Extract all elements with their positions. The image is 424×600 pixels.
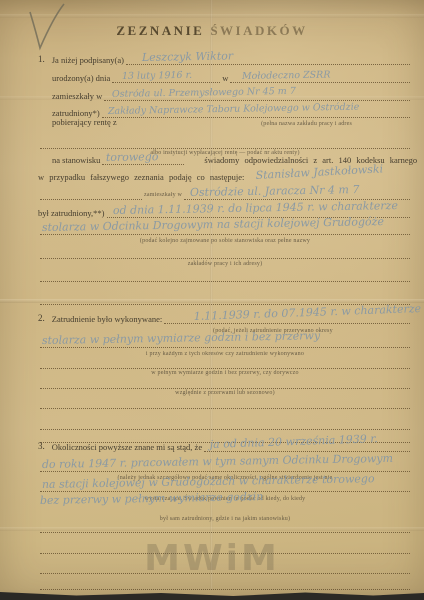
printed-label: na stanowisku	[52, 156, 100, 166]
printed-footnote: względnie z przerwami lub sezonowo)	[175, 390, 275, 396]
handwritten-entry: Ostróda ul. Przemysłowego Nr 45 m 7	[112, 86, 296, 100]
handwritten-entry: Ostródzie ul. Jaracza Nr 4 m 7	[190, 183, 360, 199]
printed-oath-text: w przypadku fałszywego zeznania podaję c…	[38, 173, 244, 183]
form-line-empty	[38, 397, 412, 409]
dotted-line: 13 luty 1916 r.	[112, 82, 220, 83]
dotted-line: Leszczyk Wiktor	[126, 64, 410, 65]
printed-label: pobierający rentę z	[52, 118, 117, 128]
dotted-line	[40, 589, 410, 590]
handwritten-entry: Leszczyk Wiktor	[142, 49, 233, 64]
handwritten-entry: 13 luty 1916 r.	[122, 70, 192, 82]
form-line-empty	[38, 578, 412, 590]
form-line-empty	[38, 521, 412, 533]
dotted-line: Ostróda ul. Przemysłowego Nr 45 m 7	[104, 100, 410, 101]
item-number: 3.	[38, 441, 45, 452]
form-line-empty	[38, 293, 412, 305]
footnote-row: zakładów pracy i ich adresy)	[38, 252, 412, 270]
form-line-signed: 1. Ja niżej podpisany(a) Leszczyk Wiktor	[38, 53, 412, 65]
printed-label: urodzony(a) dnia	[52, 74, 110, 84]
dotted-line	[40, 199, 142, 200]
printed-footnote: w pełnym wymiarze godzin i bez przerwy, …	[151, 370, 298, 376]
dotted-line	[40, 429, 410, 430]
dotted-line	[40, 532, 410, 533]
printed-label: Ja niżej podpisany(a)	[52, 56, 124, 66]
printed-footnote: (pełna nazwa zakładu pracy i adres	[261, 121, 352, 127]
dotted-line	[40, 281, 410, 282]
printed-label: zamieszkały w	[52, 92, 102, 102]
printed-label: Okoliczności powyższe znane mi są stąd, …	[52, 443, 202, 453]
form-line-born: urodzony(a) dnia 13 luty 1916 r. w Mołod…	[38, 71, 412, 83]
item-number: 1.	[38, 54, 45, 65]
form-line-resident: zamieszkały w Ostróda ul. Przemysłowego …	[38, 89, 412, 101]
scanned-document: { "page": { "title_part1": "ZEZNANIE", "…	[0, 0, 424, 600]
pencil-checkmark-icon	[24, 2, 68, 54]
form-line-pension: pobierający rentę z (pełna nazwa zakładu…	[38, 117, 412, 127]
title-word-1: ZEZNANIE	[116, 23, 204, 38]
printed-label: w	[222, 74, 228, 84]
form-line-empty	[38, 418, 412, 430]
handwritten-entry: torowego	[106, 150, 159, 164]
dotted-line: torowego	[102, 164, 184, 165]
printed-label: był zatrudniony,**)	[38, 209, 105, 219]
printed-oath-text: świadomy odpowiedzialności z art. 140 ko…	[204, 156, 417, 166]
printed-footnote: (podać kolejno zajmowane po sobie stanow…	[140, 238, 310, 244]
dotted-line	[40, 408, 410, 409]
handwritten-entry: Mołodeczno ZSRR	[242, 69, 331, 82]
form-line-oath: w przypadku fałszywego zeznania podaję c…	[38, 170, 412, 182]
form-line-item3: 3. Okoliczności powyższe znane mi są stą…	[38, 440, 412, 452]
title-word-2: ŚWIADKÓW	[210, 23, 307, 38]
museum-watermark: MWiM	[0, 538, 424, 579]
form-line-subject-resident: zamieszkały w Ostródzie ul. Jaracza Nr 4…	[38, 188, 412, 200]
dotted-line: Mołodeczno ZSRR	[230, 82, 410, 83]
footnote-row: (podać kolejno zajmowane po sobie stanow…	[38, 229, 412, 247]
printed-label: zamieszkały w	[144, 192, 182, 200]
printed-footnote: zakładów pracy i ich adresy)	[188, 261, 263, 267]
form-line-empty	[38, 270, 412, 282]
